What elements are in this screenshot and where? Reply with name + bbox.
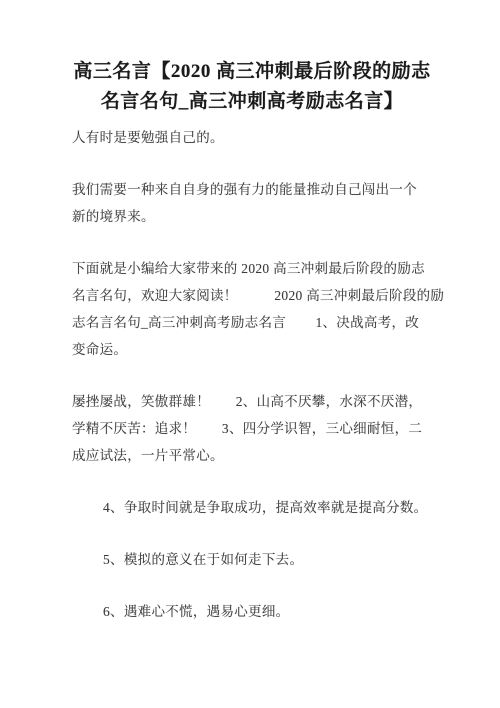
paragraph-quotes-2-3: 屡挫屡战，笑傲群雄！ 2、山高不厌攀，水深不厌潜， 学精不厌苦：追求！ 3、四分…: [72, 388, 432, 469]
paragraph-quote-4: 4、争取时间就是争取成功，提高效率就是提高分数。: [72, 494, 432, 521]
paragraph-editor-note: 下面就是小编给大家带来的 2020 高三冲刺最后阶段的励志 名言名句，欢迎大家阅…: [72, 255, 432, 363]
document-title: 高三名言【2020 高三冲刺最后阶段的励志 名言名句_高三冲刺高考励志名言】: [58, 57, 446, 117]
paragraph-quote-5: 5、模拟的意义在于如何走下去。: [72, 546, 432, 573]
document-page: 高三名言【2020 高三冲刺最后阶段的励志 名言名句_高三冲刺高考励志名言】 人…: [0, 0, 500, 708]
paragraph-quote-6: 6、遇难心不慌，遇易心更细。: [72, 598, 432, 625]
paragraph-intro-2: 我们需要一种来自自身的强有力的能量推动自己闯出一个 新的境界来。: [72, 176, 432, 230]
paragraph-intro-1: 人有时是要勉强自己的。: [72, 124, 432, 151]
